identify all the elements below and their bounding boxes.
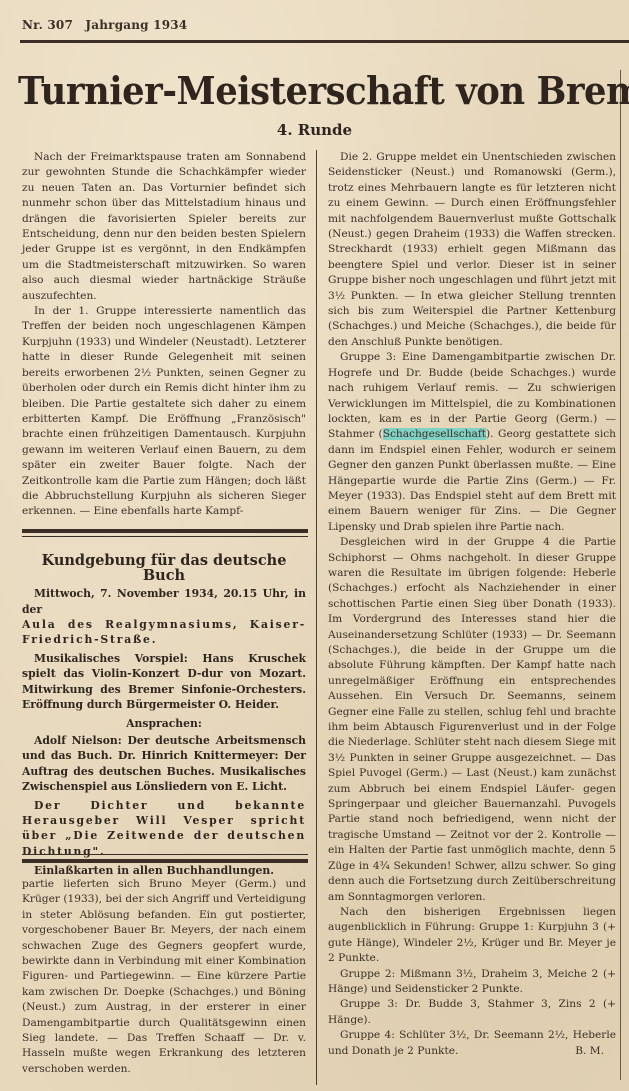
notice-top-rule-thick xyxy=(22,529,308,533)
paragraph: partie lieferten sich Bruno Meyer (Germ.… xyxy=(22,877,306,1077)
author-signature: B. M. xyxy=(563,1044,604,1059)
paragraph: Nach den bisherigen Ergebnissen liegen a… xyxy=(328,905,616,967)
volume-year: Jahrgang 1934 xyxy=(85,18,187,32)
masthead-rule xyxy=(20,40,629,43)
paragraph-final: Gruppe 4: Schlüter 3½, Dr. Seemann 2½, H… xyxy=(328,1028,616,1059)
notice-bottom-rule-thick xyxy=(22,859,308,863)
newspaper-page: Nr. 307 Jahrgang 1934 Turnier-Meistersch… xyxy=(0,0,629,1091)
notice-bottom-rule-thin xyxy=(22,854,308,855)
paragraph: Die 2. Gruppe meldet ein Unentschieden z… xyxy=(328,150,616,350)
paragraph: Nach der Freimarktspause traten am Sonna… xyxy=(22,150,306,304)
issue-number: Nr. 307 xyxy=(22,18,73,32)
paragraph: In der 1. Gruppe interessierte namentlic… xyxy=(22,304,306,520)
notice-poet-talk: Der Dichter und bekannte Herausgeber Wil… xyxy=(22,798,306,859)
notice-venue: Aula des Realgymnasiums, Kaiser-Friedric… xyxy=(22,617,306,647)
right-column: Die 2. Gruppe meldet ein Unentschieden z… xyxy=(328,150,616,1059)
notice-speeches-heading: Ansprachen: xyxy=(22,716,306,731)
notice-date: Mittwoch, 7. November 1934, 20.15 Uhr, i… xyxy=(22,586,306,616)
notice-tickets: Einlaßkarten in allen Buchhandlungen. xyxy=(22,863,306,878)
article-title: Turnier-Meisterschaft von Bremen xyxy=(18,68,576,113)
left-column-bottom: partie lieferten sich Bruno Meyer (Germ.… xyxy=(22,877,306,1077)
notice-speeches: Adolf Nielson: Der deutsche Arbeitsmensc… xyxy=(22,733,306,794)
paragraph: Gruppe 3: Dr. Budde 3, Stahmer 3, Zins 2… xyxy=(328,997,616,1028)
notice-music: Musikalisches Vorspiel: Hans Kruschek sp… xyxy=(22,651,306,712)
left-column-top: Nach der Freimarktspause traten am Sonna… xyxy=(22,150,306,520)
paragraph-group-3: Gruppe 3: Eine Damengambitpartie zwische… xyxy=(328,350,616,535)
column-divider xyxy=(316,150,317,1085)
paragraph: Desgleichen wird in der Gruppe 4 die Par… xyxy=(328,535,616,905)
masthead: Nr. 307 Jahrgang 1934 xyxy=(22,18,629,32)
article-subtitle: 4. Runde xyxy=(0,121,629,139)
highlighted-text[interactable]: Schachgesellschaft xyxy=(383,428,486,440)
notice-top-rule-thin xyxy=(22,536,308,537)
paragraph: Gruppe 2: Mißmann 3½, Draheim 3, Meiche … xyxy=(328,967,616,998)
notice-title: Kundgebung für das deutsche Buch xyxy=(22,553,306,583)
page-edge-rule xyxy=(620,70,621,1080)
book-rally-notice: Kundgebung für das deutsche Buch Mittwoc… xyxy=(22,553,306,882)
